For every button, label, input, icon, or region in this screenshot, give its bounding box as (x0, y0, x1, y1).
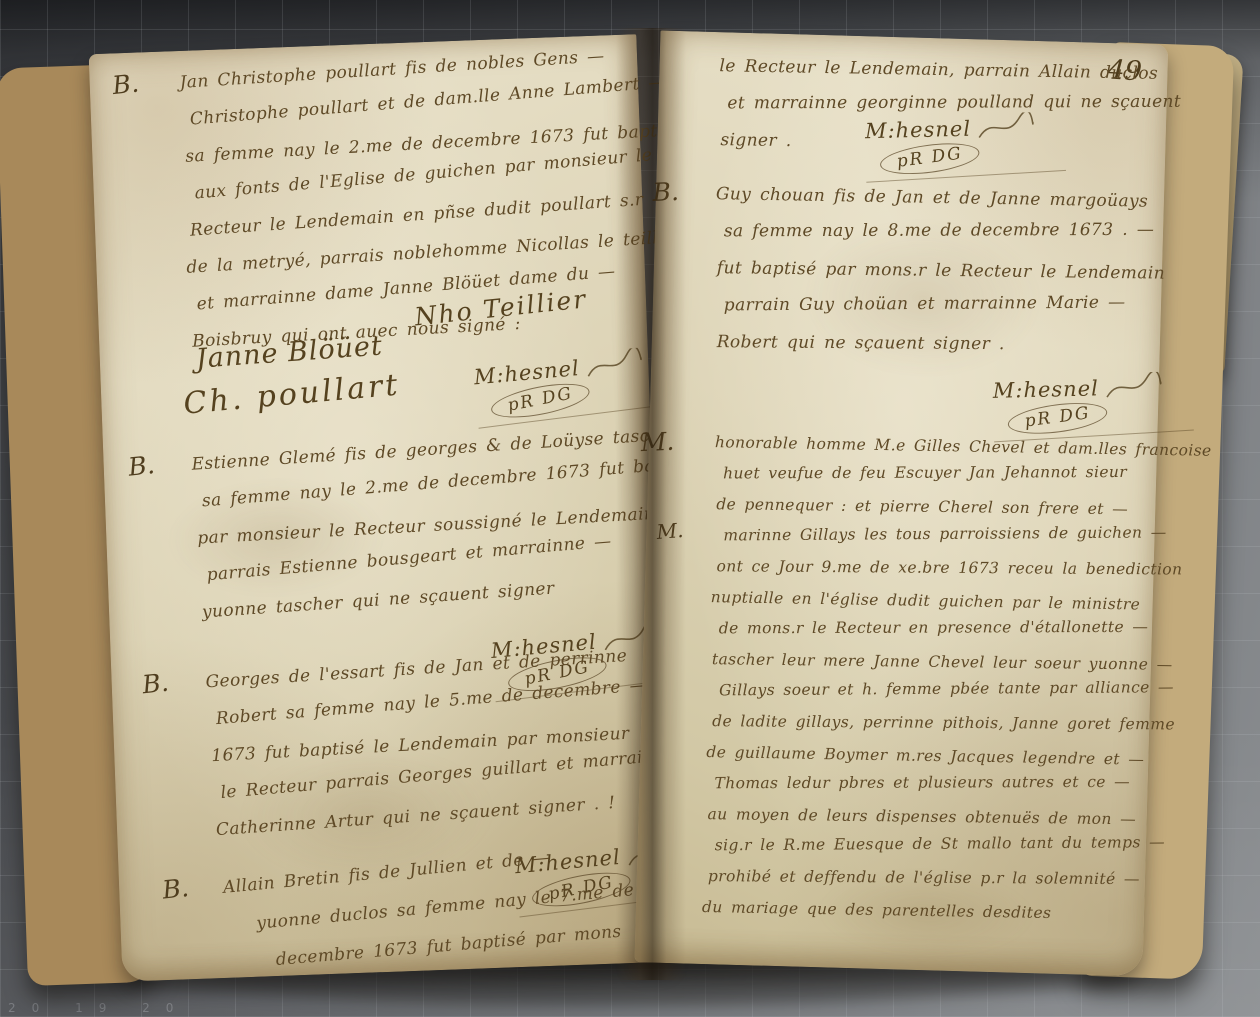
left-page: B. Jan Christophe poullart fis de nobles… (89, 34, 671, 981)
manuscript-line: Gillays soeur et h. femme pbée tante par… (719, 673, 1205, 707)
entry-text: honorable homme M.e Gilles Chevel et dam… (700, 428, 1212, 938)
entry-text: Estienne Glemé fis de georges & de Loüys… (189, 430, 713, 634)
manuscript-line: prohibé et deffendu de l'église p.r la s… (708, 862, 1200, 896)
manuscript-line: sa femme nay le 8.me de decembre 1673 . … (724, 214, 1166, 253)
rector-signature: M:hesnel pR DG (865, 111, 1096, 180)
manuscript-line: de mons.r le Recteur en presence d'étall… (719, 613, 1207, 646)
rector-signature: M:hesnel pR DG (992, 370, 1223, 439)
entry-text: Allain Bretin fis de Jullien et de —yuon… (221, 857, 638, 983)
signature-flourish (975, 112, 1038, 144)
margin-mark-secondary: M. (656, 518, 685, 544)
manuscript-line: parrain Guy choüan et marrainne Marie — (724, 286, 1164, 326)
baptism-entry: B. Georges de l'essart fis de Jan et de … (147, 649, 679, 853)
signature-flourish (1102, 372, 1165, 404)
witness-signature: Ch. poullart (182, 367, 402, 421)
right-page: 49 le Recteur le Lendemain, parrain Alla… (634, 30, 1168, 976)
manuscript-line: Robert qui ne sçauent signer . (717, 326, 1163, 366)
margin-mark: B. (141, 666, 202, 854)
margin-mark: B. (111, 67, 184, 366)
photograph-backdrop: 20 19 20 B. Jan Christophe poullart fis … (0, 0, 1260, 1017)
margin-mark: B. (161, 871, 215, 986)
rector-signature-name: M:hesnel (993, 376, 1100, 403)
manuscript-line: sig.r le R.me Euesque de St mallo tant d… (715, 828, 1201, 862)
baptism-entry: B. Estienne Glemé fis de georges & de Lo… (133, 430, 713, 636)
baptism-entry: B. Allain Bretin fis de Jullien et de —y… (165, 857, 638, 985)
entry-text: Georges de l'essart fis de Jan et de per… (203, 649, 679, 851)
manuscript-line: du mariage que des parentelles desdites (702, 893, 1199, 933)
margin-mark: B. (652, 176, 702, 363)
manuscript-line: Thomas ledur pbres et plusieurs autres e… (714, 768, 1202, 801)
baptism-entry: B. Guy chouan fis de Jan et de Janne mar… (653, 176, 1167, 375)
entry-text: Guy chouan fis de Jan et de Janne margoü… (709, 178, 1167, 376)
rector-signature-name: M:hesnel (865, 117, 972, 144)
signature-flourish (582, 347, 646, 382)
baptism-entry-continuation: le Recteur le Lendemain, parrain Allain … (715, 50, 1183, 174)
manuscript-line: huet veufue de feu Escuyer Jan Jehannot … (723, 458, 1211, 491)
manuscript-book: B. Jan Christophe poullart fis de nobles… (0, 0, 1260, 1017)
margin-mark: B. (127, 448, 188, 636)
manuscript-line: de ladite gillays, perrinne pithois, Jan… (712, 707, 1204, 741)
manuscript-line: marinne Gillays les tous parroissiens de… (723, 518, 1209, 552)
baptism-entry: B. Jan Christophe poullart fis de nobles… (121, 49, 691, 365)
manuscript-line: ont ce Jour 9.me de xe.bre 1673 receu la… (716, 552, 1208, 586)
marriage-entry: M. M. honorable homme M.e Gilles Chevel … (644, 427, 1212, 938)
margin-mark: M. (640, 426, 703, 923)
